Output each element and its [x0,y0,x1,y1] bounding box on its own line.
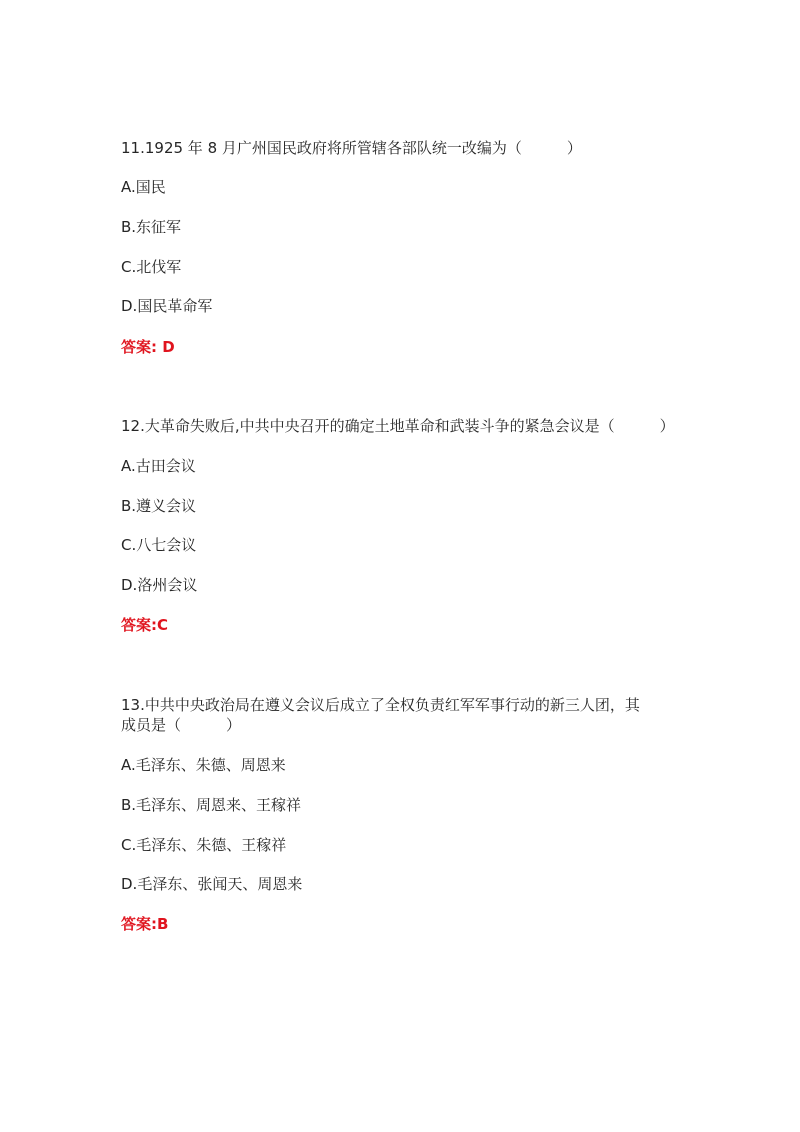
question-stem-line-2: 成员是（ ） [121,715,241,735]
option-b: B.遵义会议 [121,496,196,516]
option-c: C.毛泽东、朱德、王稼祥 [121,835,286,855]
option-d: D.洛州会议 [121,575,197,595]
option-d: D.国民革命军 [121,296,212,316]
option-b: B.东征军 [121,217,181,237]
question-stem-line-1: 13.中共中央政治局在遵义会议后成立了全权负责红军军事行动的新三人团，其 [121,695,640,715]
option-d: D.毛泽东、张闻天、周恩来 [121,874,302,894]
option-a: A.古田会议 [121,456,196,476]
option-a: A.国民 [121,177,166,197]
document-page: 11.1925 年 8 月广州国民政府将所管辖各部队统一改编为（ ） A.国民 … [0,0,800,1132]
answer-label: 答案:B [121,914,168,934]
question-stem: 12.大革命失败后,中共中央召开的确定土地革命和武装斗争的紧急会议是（ ） [121,416,675,436]
option-a: A.毛泽东、朱德、周恩来 [121,755,286,775]
option-b: B.毛泽东、周恩来、王稼祥 [121,795,301,815]
answer-label: 答案:C [121,615,168,635]
option-c: C.北伐军 [121,257,181,277]
question-stem: 11.1925 年 8 月广州国民政府将所管辖各部队统一改编为（ ） [121,138,582,158]
answer-label: 答案: D [121,337,175,357]
option-c: C.八七会议 [121,535,196,555]
